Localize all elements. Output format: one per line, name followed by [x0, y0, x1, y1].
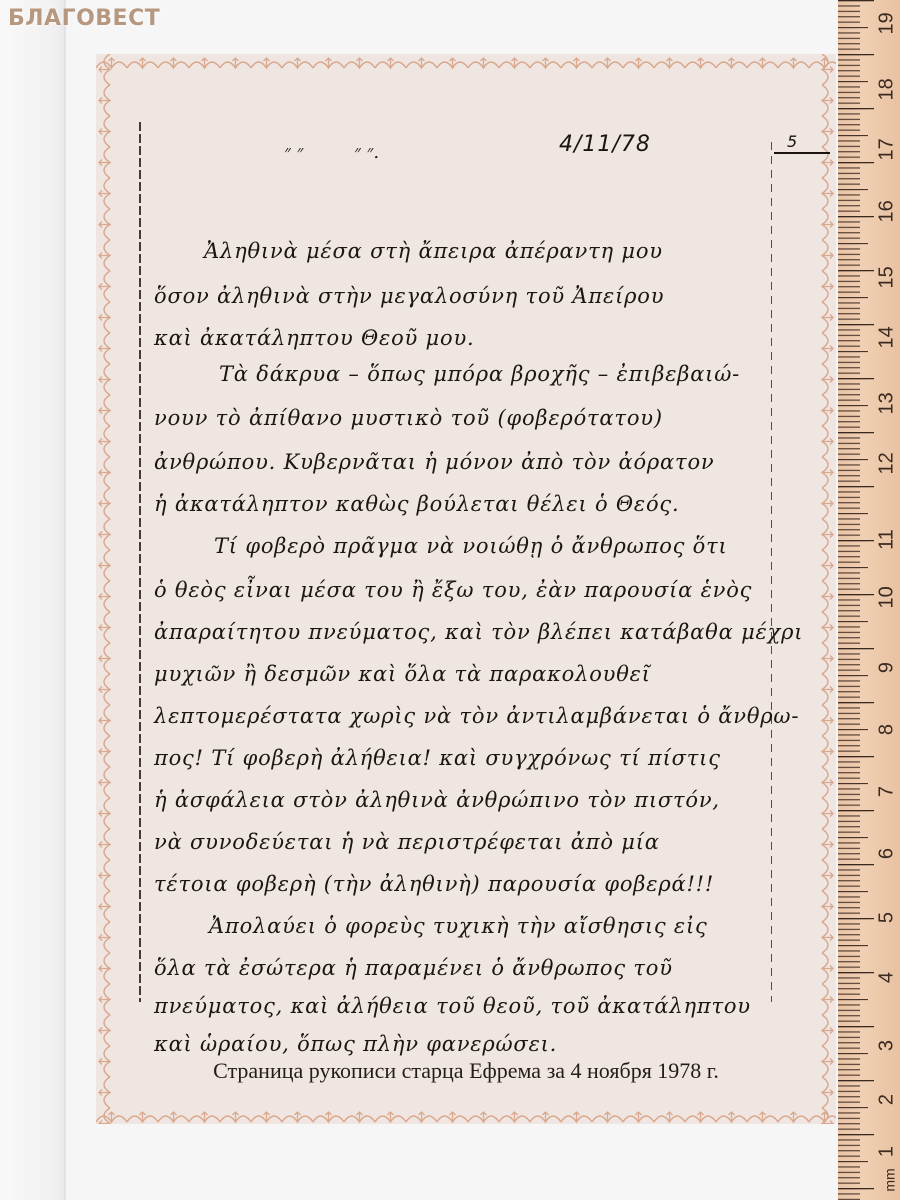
- ruler-label: 3: [876, 1035, 899, 1057]
- ruler-label: 11: [876, 529, 899, 551]
- ruler-label: 6: [876, 843, 899, 865]
- page-number-underline: [774, 152, 830, 154]
- manuscript-line: καὶ ὡραίου, ὅπως πλὴν φανερώσει.: [154, 1032, 557, 1056]
- ruler-label: 12: [876, 453, 899, 475]
- manuscript-line: πνεύματος, καὶ ἀλήθεια τοῦ θεοῦ, τοῦ ἀκα…: [154, 994, 751, 1018]
- ruler-label: 9: [876, 657, 899, 679]
- manuscript-page-number: 5: [787, 132, 797, 151]
- ruler-label: 15: [876, 267, 899, 289]
- ruler-label: 7: [876, 781, 899, 803]
- figure-caption: Страница рукописи старца Ефрема за 4 ноя…: [96, 1058, 836, 1084]
- manuscript-line: ὁ θεὸς εἶναι μέσα του ἢ ἔξω του, ἐὰν παρ…: [154, 578, 752, 602]
- manuscript-line: Ἀληθινὰ μέσα στὴ ἄπειρα ἀπέραντη μου: [204, 239, 663, 263]
- manuscript-line: Ἀπολαύει ὁ φορεὺς τυχικὴ τὴν αἴσθησις εἰ…: [209, 914, 708, 938]
- ruler-label: 8: [876, 719, 899, 741]
- ditto-mark: ״ ״: [284, 142, 303, 163]
- manuscript-plate: ״ ״ ״ ״. 4/11/78 5 Ἀληθινὰ μέσα στὴ ἄπει…: [96, 54, 836, 1124]
- ruler-label: 14: [876, 327, 899, 349]
- ruler-label: 5: [876, 907, 899, 929]
- ditto-mark: ״ ״.: [354, 142, 379, 163]
- manuscript-line: πος! Τί φοβερὴ ἀλήθεια! καὶ συγχρόνως τί…: [154, 746, 721, 770]
- ruler-label: 13: [876, 393, 899, 415]
- ruler-label: 18: [876, 79, 899, 101]
- manuscript-line: Τὰ δάκρυα – ὅπως μπόρα βροχῆς – ἐπιβεβαι…: [219, 362, 740, 386]
- manuscript-line: νὰ συνοδεύεται ἡ νὰ περιστρέφεται ἀπὸ μί…: [154, 830, 660, 854]
- manuscript-line: λεπτομερέστατα χωρὶς νὰ τὸν ἀντιλαμβάνετ…: [154, 704, 799, 728]
- ruler-label: 17: [876, 139, 899, 161]
- measuring-ruler: 1 2 3 4 5 6 7 8 9 10 11 12 13 14 15 16 1…: [838, 0, 900, 1200]
- manuscript-line: νουν τὸ ἀπίθανο μυστικὸ τοῦ (φοβερότατου…: [154, 406, 663, 430]
- manuscript-line: Τί φοβερὸ πρᾶγμα νὰ νοιώθῃ ὁ ἄνθρωπος ὅτ…: [214, 534, 728, 558]
- ornamental-border-left: [96, 54, 112, 1124]
- ornamental-border-top: [96, 54, 836, 70]
- facing-page: [0, 0, 66, 1200]
- manuscript-line: καὶ ἀκατάληπτου Θεοῦ μου.: [154, 326, 475, 350]
- right-margin-line: [771, 142, 772, 1002]
- manuscript-line: μυχιῶν ἢ δεσμῶν καὶ ὅλα τὰ παρακολουθεῖ: [154, 662, 651, 686]
- book-fold: [64, 0, 66, 1200]
- ruler-label: 10: [876, 587, 899, 609]
- ruler-label: 16: [876, 201, 899, 223]
- ornamental-border-bottom: [96, 1108, 836, 1124]
- ruler-label: 1: [876, 1141, 899, 1163]
- ruler-label: 19: [876, 13, 899, 35]
- left-margin-line: [139, 122, 141, 1002]
- handwritten-manuscript: ״ ״ ״ ״. 4/11/78 5 Ἀληθινὰ μέσα στὴ ἄπει…: [134, 94, 824, 1024]
- ruler-label: 2: [876, 1089, 899, 1111]
- manuscript-line: ὅλα τὰ ἐσώτερα ἡ παραμένει ὁ ἄνθρωπος το…: [154, 956, 673, 980]
- manuscript-line: ἀπαραίτητου πνεύματος, καὶ τὸν βλέπει κα…: [154, 620, 803, 644]
- manuscript-line: ἡ ἀκατάληπτον καθὼς βούλεται θέλει ὁ Θεό…: [154, 492, 679, 516]
- manuscript-line: ἀνθρώπου. Κυβερνᾶται ἡ μόνον ἀπὸ τὸν ἀόρ…: [154, 450, 714, 474]
- manuscript-line: τέτοια φοβερὴ (τὴν ἀληθινὴ) παρουσία φοβ…: [154, 872, 714, 896]
- manuscript-line: ὅσον ἀληθινὰ στὴν μεγαλοσύνη τοῦ Ἀπείρου: [154, 284, 664, 308]
- manuscript-line: ἡ ἀσφάλεια στὸν ἀληθινὰ ἀνθρώπινο τὸν πι…: [154, 788, 720, 812]
- ruler-label: 4: [876, 967, 899, 989]
- ruler-unit-label: mm: [882, 1168, 898, 1191]
- manuscript-date: 4/11/78: [559, 132, 651, 157]
- watermark-logo: БЛАГОВЕСТ: [8, 6, 160, 31]
